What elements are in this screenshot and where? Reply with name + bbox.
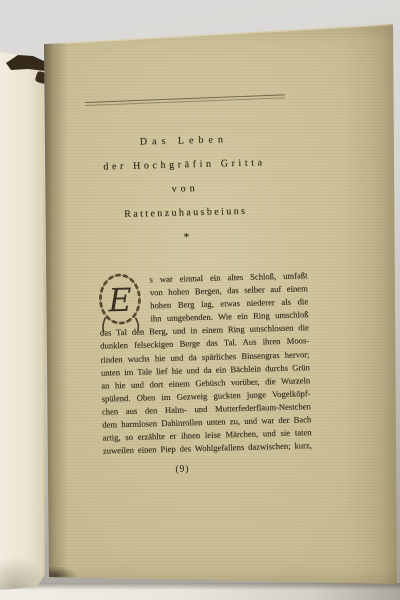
- title-line-1: Das Leben: [74, 132, 294, 150]
- title-line-2: der Hochgräfin Gritta: [74, 156, 294, 174]
- page-number: (9): [72, 462, 292, 478]
- book-page: Das Leben der Hochgräfin Gritta von Ratt…: [0, 0, 400, 600]
- table-surface: [0, 583, 400, 600]
- printed-content: Das Leben der Hochgräfin Gritta von Ratt…: [0, 0, 400, 600]
- body-paragraph: s war einmal ein altes Schloß, umfaßt vo…: [98, 269, 312, 458]
- asterisk-ornament: *: [76, 228, 296, 246]
- title-line-3: von: [75, 180, 295, 198]
- book-photograph: Das Leben der Hochgräfin Gritta von Ratt…: [0, 0, 400, 600]
- title-line-4: Rattenzuhausbeiuns: [76, 204, 296, 222]
- facing-page-edge: [0, 0, 50, 600]
- title-block: Das Leben der Hochgräfin Gritta von Ratt…: [74, 132, 297, 246]
